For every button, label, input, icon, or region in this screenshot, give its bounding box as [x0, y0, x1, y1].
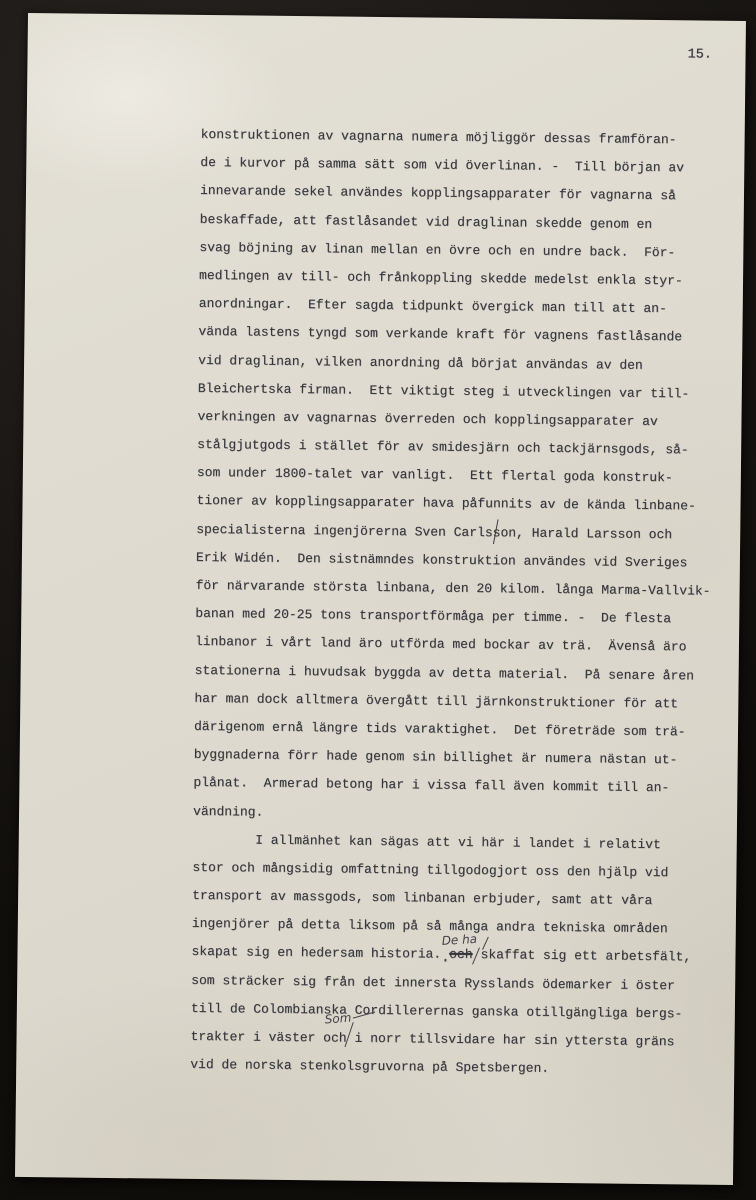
handwritten-insertion-som: Som: [324, 1012, 352, 1027]
line-text: trakter i väster och: [190, 1029, 346, 1046]
line-text: specialisterna ingenjörerna Sven Carls: [196, 522, 493, 540]
text-line: plånat. Armerad betong har i vissa fall …: [193, 769, 723, 803]
corrected-word-wrap: De haoch: [449, 947, 473, 962]
deletion-slash-mark: [473, 945, 481, 958]
line-text: on, Harald Larsson och: [500, 525, 672, 542]
document-page: 15. konstruktionen av vagnarna numera mö…: [15, 13, 746, 1185]
line-text: skaffat sig ett arbetsfält,: [480, 948, 691, 965]
line-text: skapat sig en hedersam historia.: [191, 944, 441, 962]
slash-through-letter-mark: s: [493, 525, 501, 540]
typewritten-text-block: konstruktionen av vagnarna numera möjlig…: [190, 121, 731, 1085]
scan-background: 15. konstruktionen av vagnarna numera mö…: [0, 0, 756, 1200]
line-text: i norr tillsvidare har sin yttersta grän…: [355, 1031, 675, 1050]
text-line: vid de norska stenkolsgruvorna på Spetsb…: [190, 1051, 720, 1085]
struck-word: och: [449, 947, 473, 962]
page-number: 15.: [687, 47, 711, 62]
insertion-caret-mark: Som: [347, 1029, 355, 1042]
